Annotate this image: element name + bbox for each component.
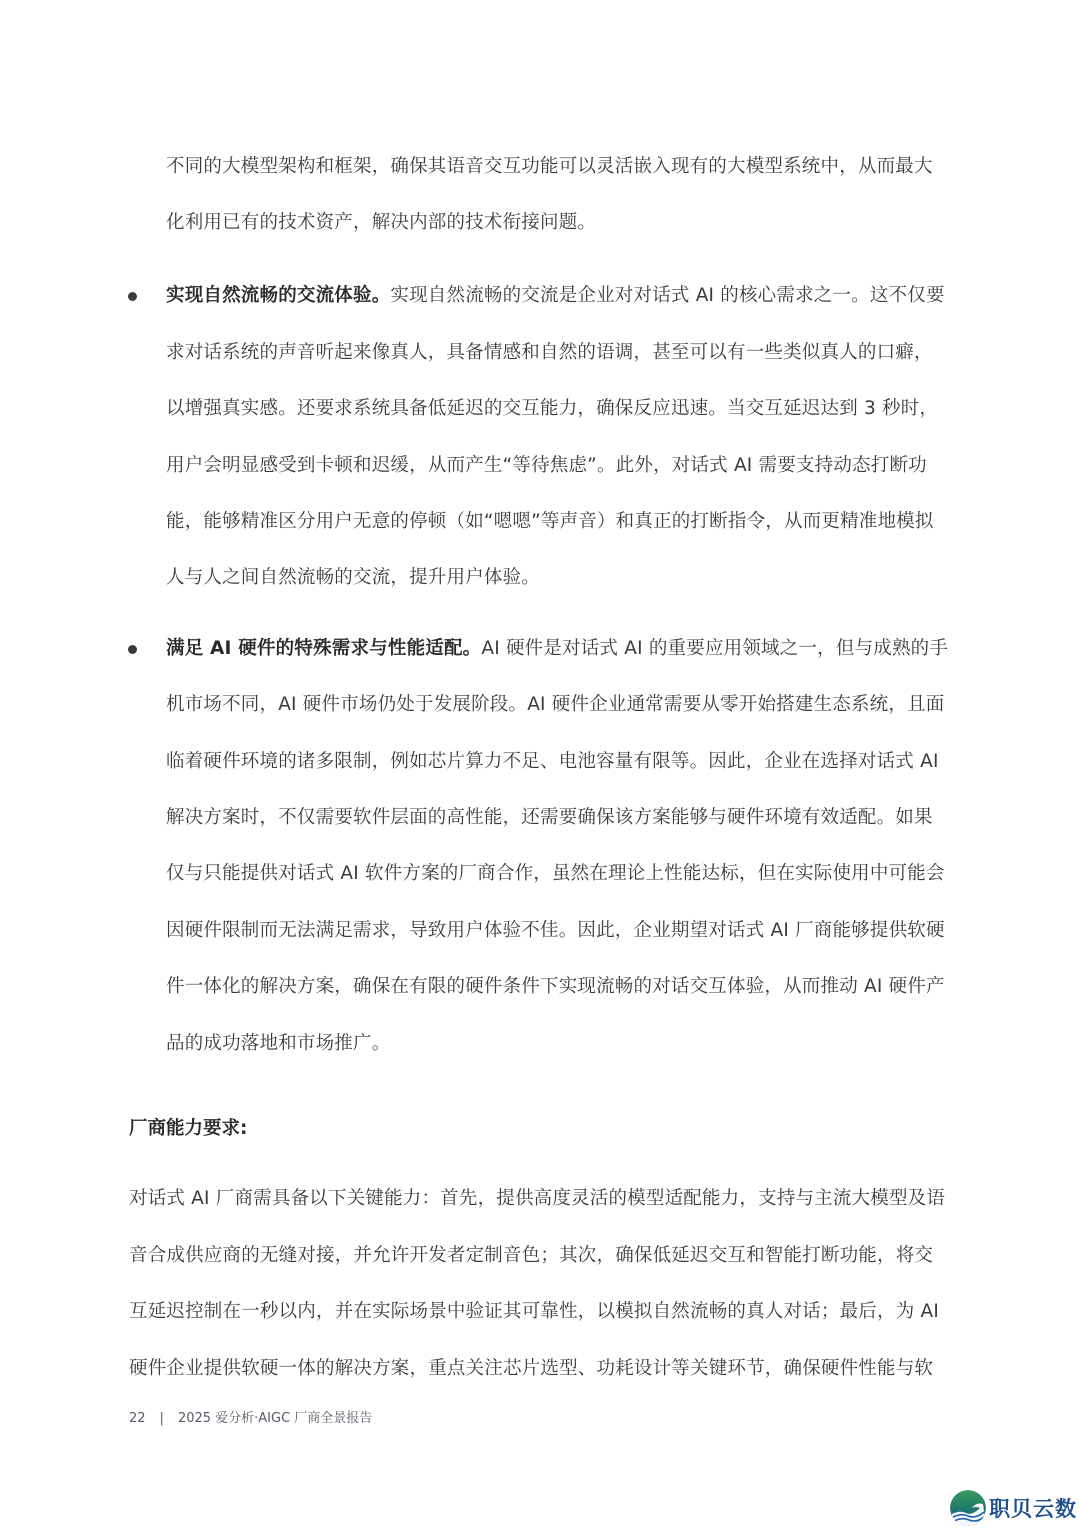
bullet-line: 用户会明显感受到卡顿和迟缓，从而产生“等待焦虑”。此外，对话式 AI 需要支持动… (166, 454, 956, 478)
document-page: 不同的大模型架构和框架，确保其语音交互功能可以灵活嵌入现有的大模型系统中，从而最… (0, 0, 1080, 1528)
page-number: 22 (129, 1411, 146, 1426)
section-line: 硬件企业提供软硬一体的解决方案，重点关注芯片选型、功耗设计等关键环节，确保硬件性… (129, 1357, 955, 1381)
bullet-text: 实现自然流畅的交流是企业对对话式 AI 的核心需求之一。这不仅要 (390, 285, 944, 306)
section-heading: 厂商能力要求: (129, 1117, 247, 1141)
bullet-line: 机市场不同，AI 硬件市场仍处于发展阶段。AI 硬件企业通常需要从零开始搭建生态… (166, 693, 956, 717)
report-title: 2025 爱分析·AIGC 厂商全景报告 (178, 1411, 372, 1426)
bullet-first-line: 实现自然流畅的交流体验。实现自然流畅的交流是企业对对话式 AI 的核心需求之一。… (166, 284, 956, 308)
bullet-title: 满足 AI 硬件的特殊需求与性能适配。 (166, 638, 481, 659)
bullet-line: 以增强真实感。还要求系统具备低延迟的交互能力，确保反应迅速。当交互延迟达到 3 … (166, 397, 956, 421)
footer-separator: | (160, 1410, 164, 1428)
bullet-title: 实现自然流畅的交流体验。 (166, 285, 390, 306)
bullet-line: 解决方案时，不仅需要软件层面的高性能，还需要确保该方案能够与硬件环境有效适配。如… (166, 806, 956, 830)
section-line: 互延迟控制在一秒以内，并在实际场景中验证其可靠性，以模拟自然流畅的真人对话；最后… (129, 1300, 955, 1324)
intro-line: 不同的大模型架构和框架，确保其语音交互功能可以灵活嵌入现有的大模型系统中，从而最… (166, 155, 956, 179)
watermark: 职贝云数 (950, 1490, 1077, 1526)
bullet-dot-icon (128, 292, 137, 301)
bullet-line: 求对话系统的声音听起来像真人，具备情感和自然的语调，甚至可以有一些类似真人的口癖… (166, 341, 956, 365)
section-line: 音合成供应商的无缝对接，并允许开发者定制音色；其次，确保低延迟交互和智能打断功能… (129, 1244, 955, 1268)
bullet-line: 品的成功落地和市场推广。 (166, 1032, 956, 1056)
watermark-text: 职贝云数 (989, 1493, 1077, 1523)
section-line: 对话式 AI 厂商需具备以下关键能力：首先，提供高度灵活的模型适配能力，支持与主… (129, 1187, 955, 1211)
bullet-first-line: 满足 AI 硬件的特殊需求与性能适配。AI 硬件是对话式 AI 的重要应用领域之… (166, 637, 956, 661)
bullet-line: 能，能够精准区分用户无意的停顿（如“嗯嗯”等声音）和真正的打断指令，从而更精准地… (166, 510, 956, 534)
bullet-dot-icon (128, 645, 137, 654)
wave-globe-logo-icon (950, 1490, 986, 1526)
bullet-line: 临着硬件环境的诸多限制，例如芯片算力不足、电池容量有限等。因此，企业在选择对话式… (166, 750, 956, 774)
bullet-line: 件一体化的解决方案，确保在有限的硬件条件下实现流畅的对话交互体验，从而推动 AI… (166, 975, 956, 999)
bullet-text: AI 硬件是对话式 AI 的重要应用领域之一，但与成熟的手 (481, 638, 948, 659)
page-footer: 22|2025 爱分析·AIGC 厂商全景报告 (129, 1410, 372, 1428)
bullet-line: 仅与只能提供对话式 AI 软件方案的厂商合作，虽然在理论上性能达标，但在实际使用… (166, 862, 956, 886)
intro-line: 化利用已有的技术资产，解决内部的技术衔接问题。 (166, 211, 956, 235)
bullet-line: 人与人之间自然流畅的交流，提升用户体验。 (166, 566, 956, 590)
bullet-line: 因硬件限制而无法满足需求，导致用户体验不佳。因此，企业期望对话式 AI 厂商能够… (166, 919, 956, 943)
